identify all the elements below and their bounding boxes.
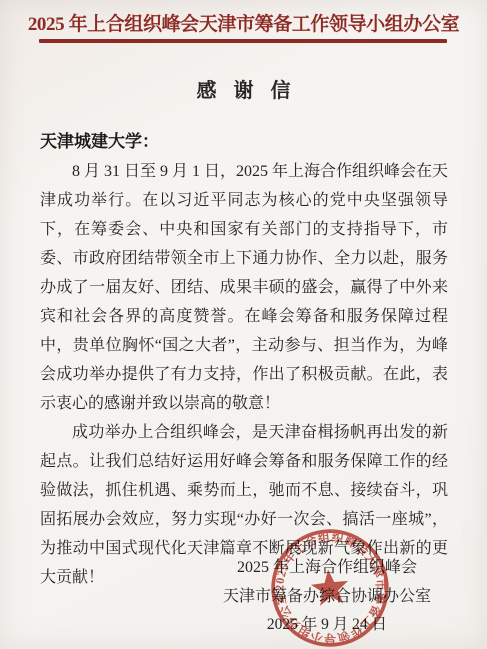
letter-date: 2025 年 9 月 24 日	[195, 611, 459, 640]
scanned-letter-page: 2025 年上合组织峰会天津市筹备工作领导小组办公室 感 谢 信 天津城建大学：…	[0, 0, 487, 649]
signature-line-1: 2025 年上海合作组织峰会	[195, 554, 459, 583]
addressee: 天津城建大学：	[40, 127, 448, 157]
letter-title: 感 谢 信	[0, 74, 487, 103]
letter-body: 天津城建大学： 8 月 31 日至 9 月 1 日，2025 年上海合作组织峰会…	[40, 127, 448, 592]
body-paragraph-1: 8 月 31 日至 9 月 1 日，2025 年上海合作组织峰会在天津成功举行。…	[40, 157, 448, 418]
signature-block: 2025 年上海合作组织峰会 天津市筹备办综合协调办公室 2025 年 9 月 …	[195, 554, 459, 640]
letterhead-org-name: 2025 年上合组织峰会天津市筹备工作领导小组办公室	[0, 9, 487, 36]
signature-line-2: 天津市筹备办综合协调办公室	[195, 583, 459, 612]
letterhead-rule	[39, 39, 447, 43]
